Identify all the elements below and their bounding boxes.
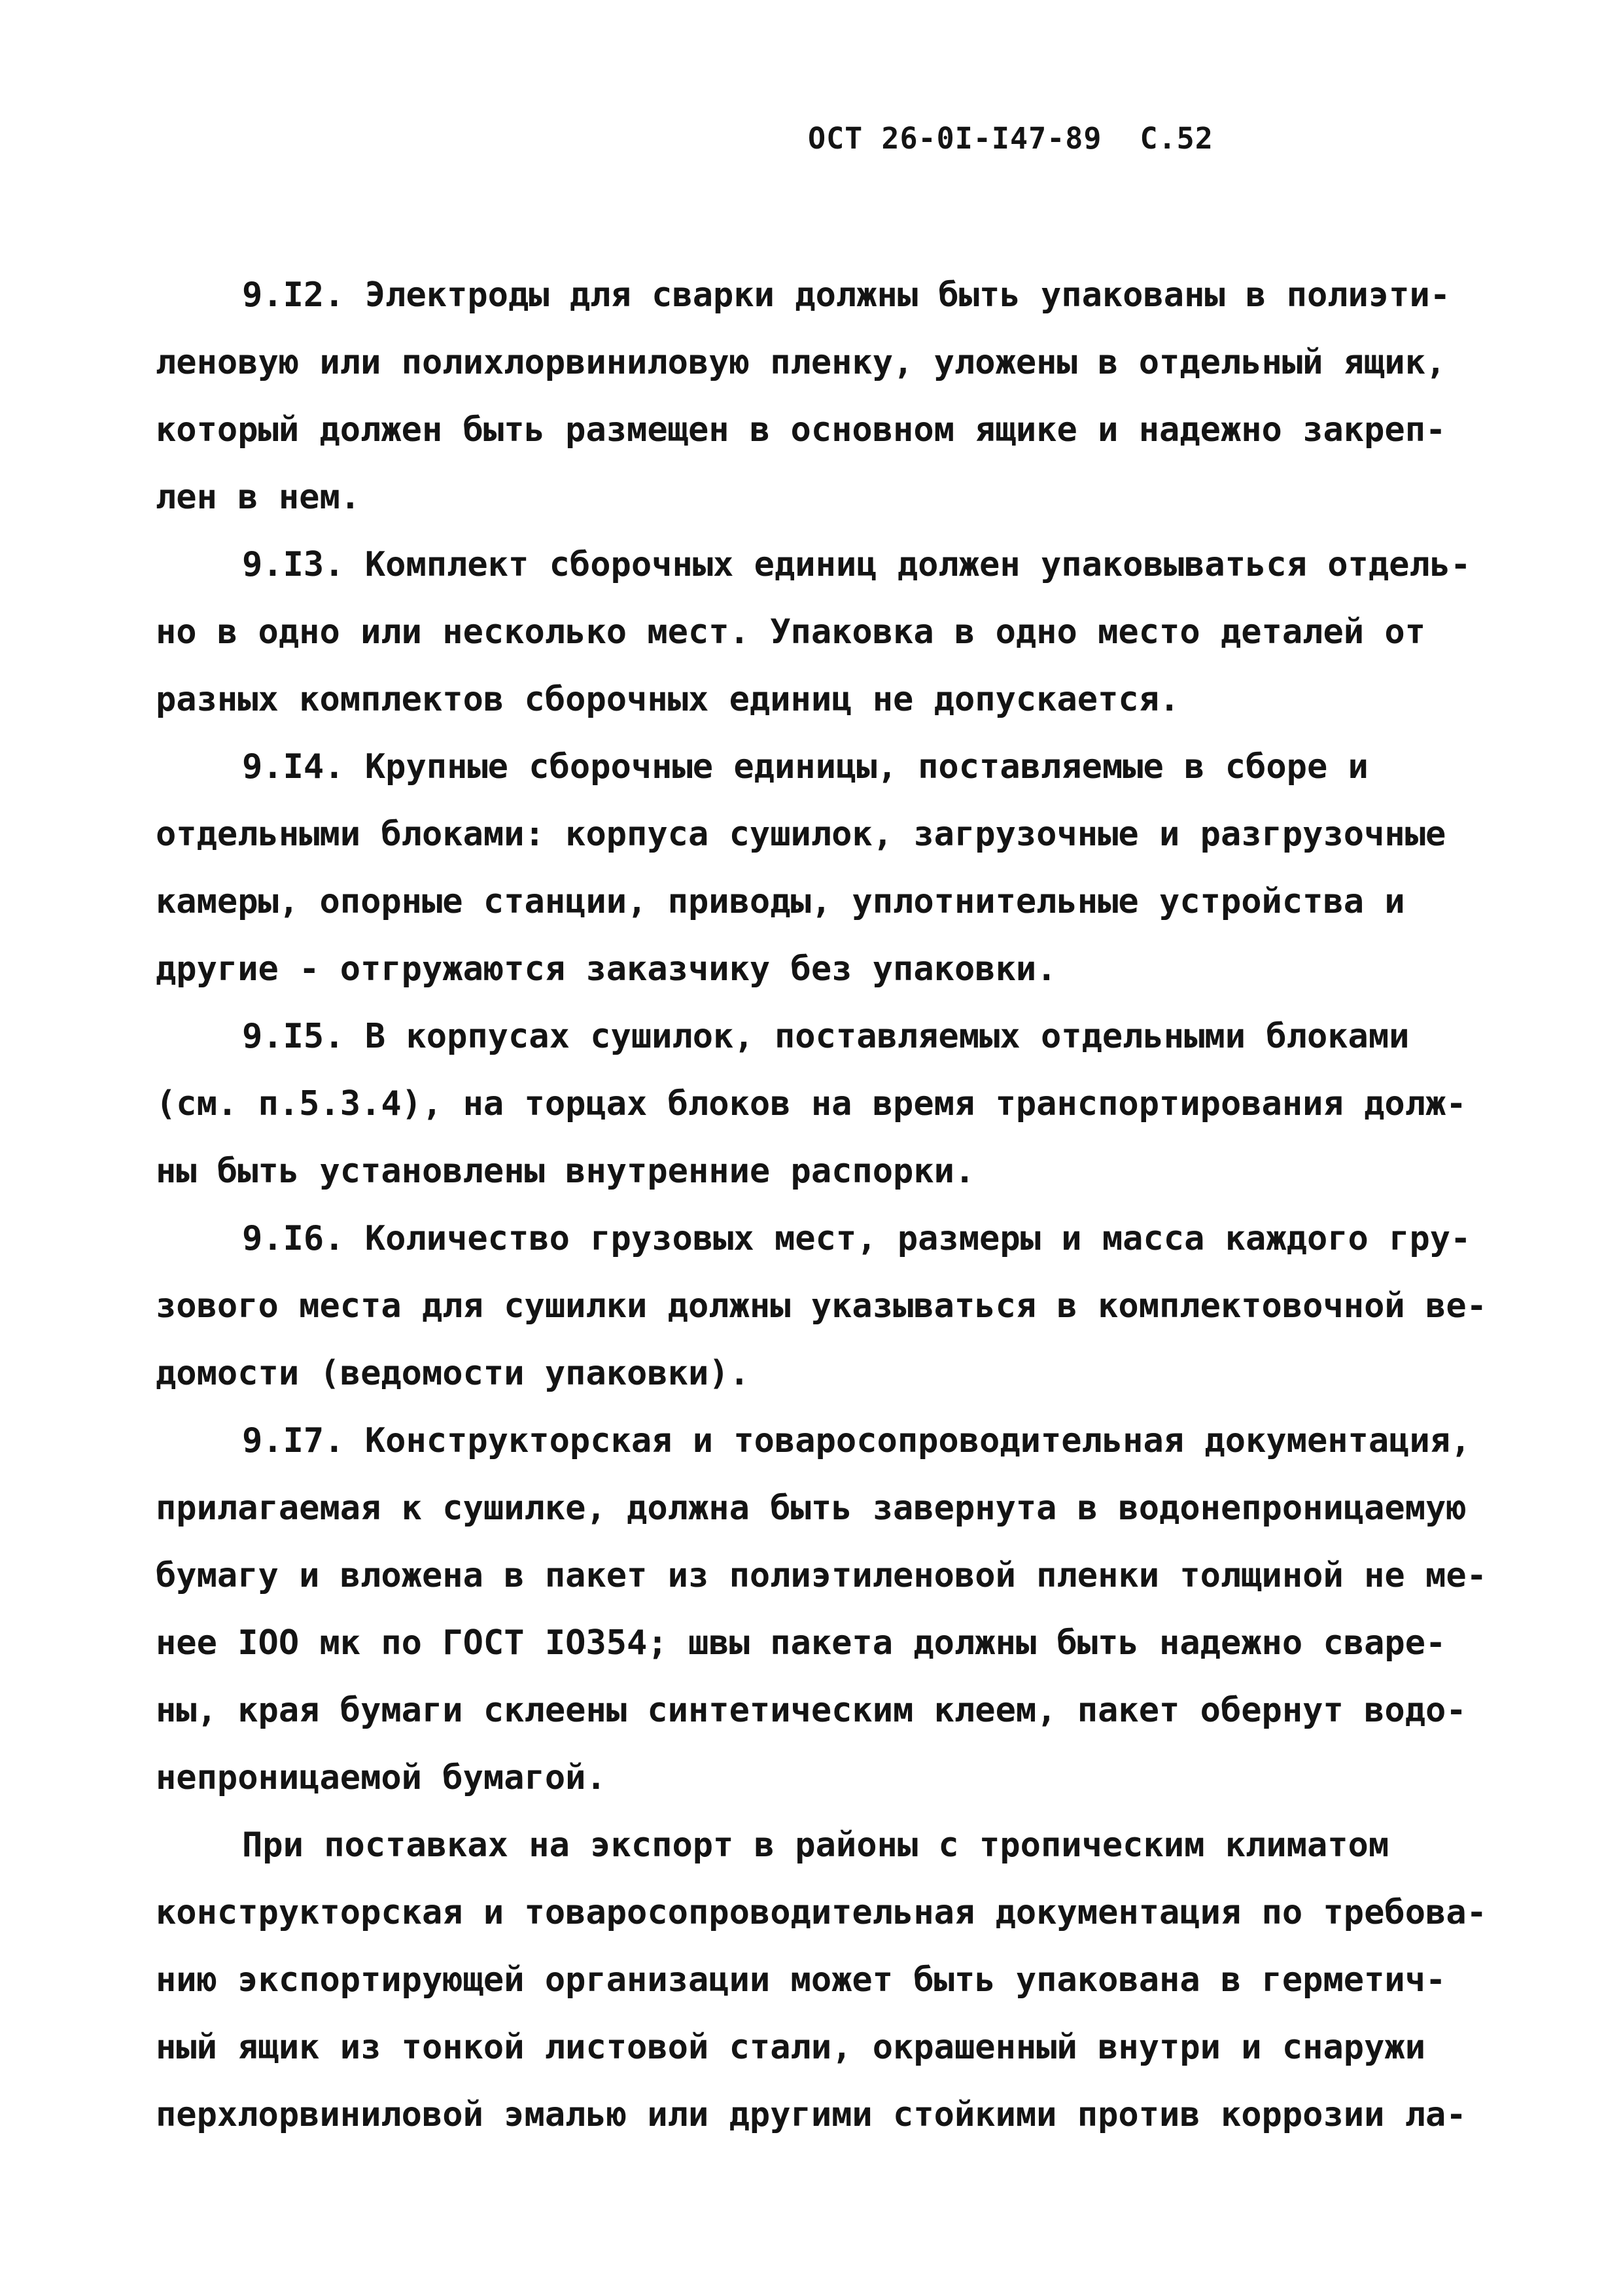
page-number: С.52 — [1140, 121, 1213, 156]
text-line: нию экспортирующей организации может быт… — [156, 1947, 1503, 2014]
text-line: 9.I3. Комплект сборочных единиц должен у… — [156, 531, 1503, 599]
text-line: который должен быть размещен в основном … — [156, 397, 1503, 464]
text-line: (см. п.5.3.4), на торцах блоков на время… — [156, 1070, 1503, 1138]
text-line: домости (ведомости упаковки). — [156, 1340, 1503, 1407]
text-line: отдельными блоками: корпуса сушилок, заг… — [156, 801, 1503, 868]
text-line: ный ящик из тонкой листовой стали, окраш… — [156, 2014, 1503, 2081]
text-line: леновую или полихлорвиниловую пленку, ул… — [156, 329, 1503, 397]
page-header: ОСТ 26-0I-I47-89С.52 — [808, 121, 1213, 156]
text-line: непроницаемой бумагой. — [156, 1744, 1503, 1812]
text-line: 9.I7. Конструкторская и товаросопроводит… — [156, 1407, 1503, 1475]
text-line: разных комплектов сборочных единиц не до… — [156, 666, 1503, 733]
text-line: но в одно или несколько мест. Упаковка в… — [156, 599, 1503, 666]
text-line: ны, края бумаги склеены синтетическим кл… — [156, 1677, 1503, 1744]
text-line: 9.I6. Количество грузовых мест, размеры … — [156, 1205, 1503, 1273]
text-line: камеры, опорные станции, приводы, уплотн… — [156, 868, 1503, 936]
text-line: бумагу и вложена в пакет из полиэтиленов… — [156, 1542, 1503, 1610]
scanned-document-page: ОСТ 26-0I-I47-89С.52 9.I2. Электроды для… — [0, 0, 1623, 2296]
text-line: 9.I5. В корпусах сушилок, поставляемых о… — [156, 1003, 1503, 1070]
text-line: ны быть установлены внутренние распорки. — [156, 1138, 1503, 1205]
document-body: 9.I2. Электроды для сварки должны быть у… — [156, 262, 1503, 2149]
text-line: другие - отгружаются заказчику без упако… — [156, 936, 1503, 1003]
text-line: прилагаемая к сушилке, должна быть завер… — [156, 1475, 1503, 1542]
text-line: лен в нем. — [156, 464, 1503, 531]
standard-number: ОСТ 26-0I-I47-89 — [808, 121, 1102, 156]
text-line: зового места для сушилки должны указыват… — [156, 1273, 1503, 1340]
text-line: При поставках на экспорт в районы с троп… — [156, 1812, 1503, 1879]
text-line: 9.I4. Крупные сборочные единицы, поставл… — [156, 733, 1503, 801]
text-line: нее IОО мк по ГОСТ IО354; швы пакета дол… — [156, 1610, 1503, 1677]
text-line: 9.I2. Электроды для сварки должны быть у… — [156, 262, 1503, 329]
text-line: перхлорвиниловой эмалью или другими стой… — [156, 2081, 1503, 2149]
text-line: конструкторская и товаросопроводительная… — [156, 1879, 1503, 1947]
